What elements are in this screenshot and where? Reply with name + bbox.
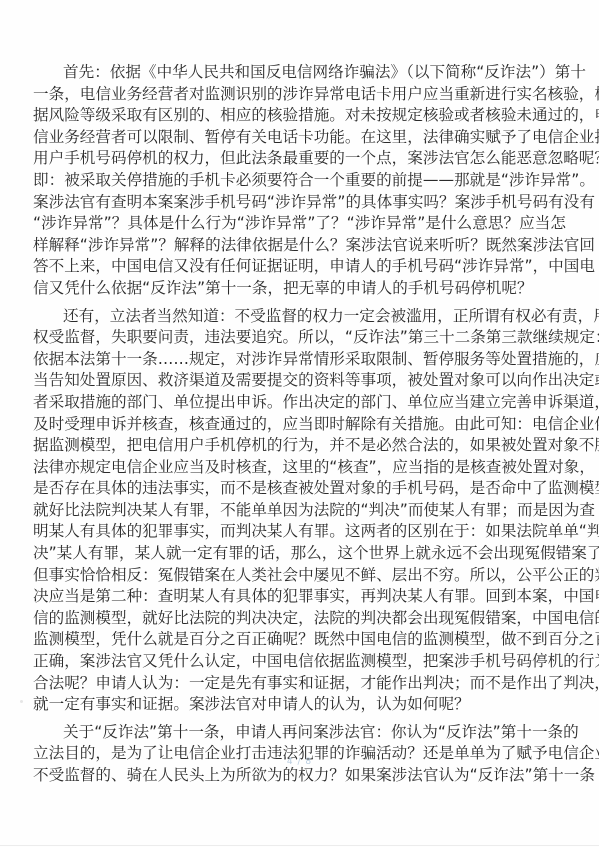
- text-line: 法律亦规定电信企业应当及时核查，这里的“核查”，应当指的是核查被处置对象，: [33, 457, 566, 479]
- text-line: 即：被采取关停措施的手机卡必须要符合一个重要的前提——那就是“涉诈异常”。: [33, 170, 566, 192]
- text-line: 决”某人有罪，某人就一定有罪的话，那么，这个世界上就永远不会出现冤假错案了，: [33, 543, 566, 565]
- text-line: 一条，电信业务经营者对监测识别的涉诈异常电话卡用户应当重新进行实名核验，根: [33, 84, 566, 106]
- text-line: 决应当是第二种：查明某人有具体的犯罪事实，再判决某人有罪。回到本案，中国电: [33, 586, 566, 608]
- text-line: 样解释“涉诈异常”？解释的法律依据是什么？案涉法官说来听听？既然案涉法官回: [33, 235, 566, 257]
- document-page: 首先：依据《中华人民共和国反电信网络诈骗法》（以下简称“反诈法”）第十 一条，电…: [0, 0, 599, 847]
- text-line: 就一定有事实和证据。案涉法官对申请人的认为，认为如何呢？: [33, 694, 566, 716]
- text-line: 明某人有具体的犯罪事实，而判决某人有罪。这两者的区别在于：如果法院单单“判: [33, 521, 566, 543]
- text-line: 信的监测模型，就好比法院的判决决定，法院的判决都会出现冤假错案，中国电信的: [33, 608, 566, 630]
- text-line: 就好比法院判决某人有罪，不能单单因为法院的“判决”而使某人有罪；而是因为查: [33, 500, 566, 522]
- text-line: 用户手机号码停机的权力，但此法条最重要的一个点，案涉法官怎么能恶意忽略呢？: [33, 148, 566, 170]
- text-line: 首先：依据《中华人民共和国反电信网络诈骗法》（以下简称“反诈法”）第十: [33, 62, 566, 84]
- page-number: 4 / 8: [0, 757, 599, 767]
- paragraph-2: 还有，立法者当然知道：不受监督的权力一定会被滥用，正所谓有权必有责，用 权受监督…: [33, 306, 566, 716]
- text-line: 权受监督，失职要问责，违法要追究。所以，“反诈法”第三十二条第三款继续规定：: [33, 327, 566, 349]
- text-line: 依据本法第十一条……规定，对涉诈异常情形采取限制、暂停服务等处置措施的，应: [33, 349, 566, 371]
- text-line: 答不上来，中国电信又没有任何证据证明，申请人的手机号码“涉诈异常”，中国电: [33, 256, 566, 278]
- text-line: 但事实恰恰相反：冤假错案在人类社会中屡见不鲜、层出不穷。所以，公平公正的判: [33, 565, 566, 587]
- text-line: “涉诈异常”？具体是什么行为“涉诈异常”了？“涉诈异常”是什么意思？应当怎: [33, 213, 566, 235]
- text-line: 及时受理申诉并核查，核查通过的，应当即时解除有关措施。由此可知：电信企业依: [33, 414, 566, 436]
- paragraph-1: 首先：依据《中华人民共和国反电信网络诈骗法》（以下简称“反诈法”）第十 一条，电…: [33, 62, 566, 300]
- scan-speck: [582, 640, 586, 644]
- paragraph-3: 关于“反诈法”第十一条，申请人再问案涉法官：你认为“反诈法”第十一条的 立法目的…: [33, 722, 566, 787]
- text-line: 正确，案涉法官又凭什么认定，中国电信依据监测模型，把案涉手机号码停机的行为: [33, 651, 566, 673]
- text-line: 合法呢？申请人认为：一定是先有事实和证据，才能作出判决；而不是作出了判决，: [33, 673, 566, 695]
- text-line: 当告知处置原因、救济渠道及需要提交的资料等事项，被处置对象可以向作出决定或: [33, 370, 566, 392]
- text-line: 不受监督的、骑在人民头上为所欲为的权力？如果案涉法官认为“反诈法”第十一条: [33, 765, 566, 787]
- text-line: 据风险等级采取有区别的、相应的核验措施。对未按规定核验或者核验未通过的，电: [33, 105, 566, 127]
- scan-speck: [20, 700, 23, 703]
- text-line: 信业务经营者可以限制、暂停有关电话卡功能。在这里，法律确实赋予了电信企业把: [33, 127, 566, 149]
- text-line: 关于“反诈法”第十一条，申请人再问案涉法官：你认为“反诈法”第十一条的: [33, 722, 566, 744]
- text-line: 监测模型，凭什么就是百分之百正确呢？既然中国电信的监测模型，做不到百分之百: [33, 629, 566, 651]
- document-body: 首先：依据《中华人民共和国反电信网络诈骗法》（以下简称“反诈法”）第十 一条，电…: [33, 62, 566, 793]
- text-line: 还有，立法者当然知道：不受监督的权力一定会被滥用，正所谓有权必有责，用: [33, 306, 566, 328]
- text-line: 者采取措施的部门、单位提出申诉。作出决定的部门、单位应当建立完善申诉渠道，: [33, 392, 566, 414]
- page-bottom-edge: [0, 845, 599, 846]
- text-line: 案涉法官有查明本案案涉手机号码“涉诈异常”的具体事实吗？案涉手机号码有没有: [33, 192, 566, 214]
- text-line: 是否存在具体的违法事实，而不是核查被处置对象的手机号码，是否命中了监测模型。: [33, 478, 566, 500]
- text-line: 据监测模型，把电信用户手机停机的行为，并不是必然合法的，如果被处置对象不服，: [33, 435, 566, 457]
- text-line: 信又凭什么依据“反诈法”第十一条，把无辜的申请人的手机号码停机呢？: [33, 278, 566, 300]
